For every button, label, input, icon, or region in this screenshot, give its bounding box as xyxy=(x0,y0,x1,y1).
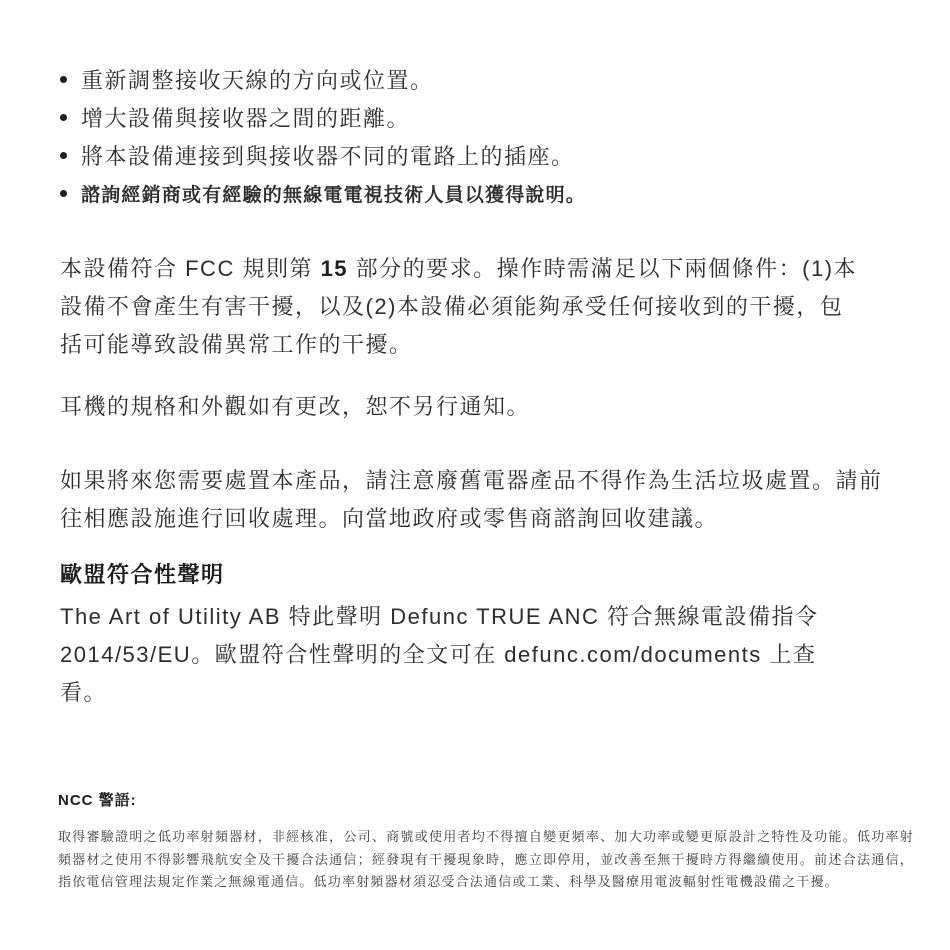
bullet-icon xyxy=(60,190,67,197)
bullet-text: 諮詢經銷商或有經驗的無線電電視技術人員以獲得說明。 xyxy=(81,180,586,207)
eu-declaration-heading: 歐盟符合性聲明 xyxy=(60,558,225,589)
fcc-compliance-paragraph: 本設備符合 FCC 規則第 15 部分的要求。操作時需滿足以下兩個條件：(1)本… xyxy=(60,250,860,364)
disposal-notice: 如果將來您需要處置本產品，請注意廢舊電器產品不得作為生活垃圾處置。請前往相應設施… xyxy=(60,462,890,538)
list-item: 增大設備與接收器之間的距離。 xyxy=(60,98,586,136)
manual-document-page: 重新調整接收天線的方向或位置。 增大設備與接收器之間的距離。 將本設備連接到與接… xyxy=(0,0,950,950)
troubleshooting-bullet-list: 重新調整接收天線的方向或位置。 增大設備與接收器之間的距離。 將本設備連接到與接… xyxy=(60,60,586,212)
ncc-warning-body: 取得審驗證明之低功率射頻器材，非經核准，公司、商號或使用者均不得擅自變更頻率、加… xyxy=(58,826,914,894)
fcc-text-before: 本設備符合 FCC 規則第 xyxy=(60,256,321,281)
list-item: 將本設備連接到與接收器不同的電路上的插座。 xyxy=(60,136,586,174)
list-item: 重新調整接收天線的方向或位置。 xyxy=(60,60,586,98)
bullet-icon xyxy=(60,114,67,121)
bullet-text: 增大設備與接收器之間的距離。 xyxy=(81,102,410,133)
bullet-text: 將本設備連接到與接收器不同的電路上的插座。 xyxy=(81,140,575,171)
bullet-icon xyxy=(60,152,67,159)
eu-declaration-body: The Art of Utility AB 特此聲明 Defunc TRUE A… xyxy=(60,598,835,712)
spec-change-notice: 耳機的規格和外觀如有更改，恕不另行通知。 xyxy=(60,388,890,426)
fcc-part-number: 15 xyxy=(321,256,348,281)
list-item: 諮詢經銷商或有經驗的無線電電視技術人員以獲得說明。 xyxy=(60,174,586,212)
ncc-warning-heading: NCC 警語: xyxy=(58,789,137,810)
bullet-icon xyxy=(60,76,67,83)
bullet-text: 重新調整接收天線的方向或位置。 xyxy=(81,64,434,95)
